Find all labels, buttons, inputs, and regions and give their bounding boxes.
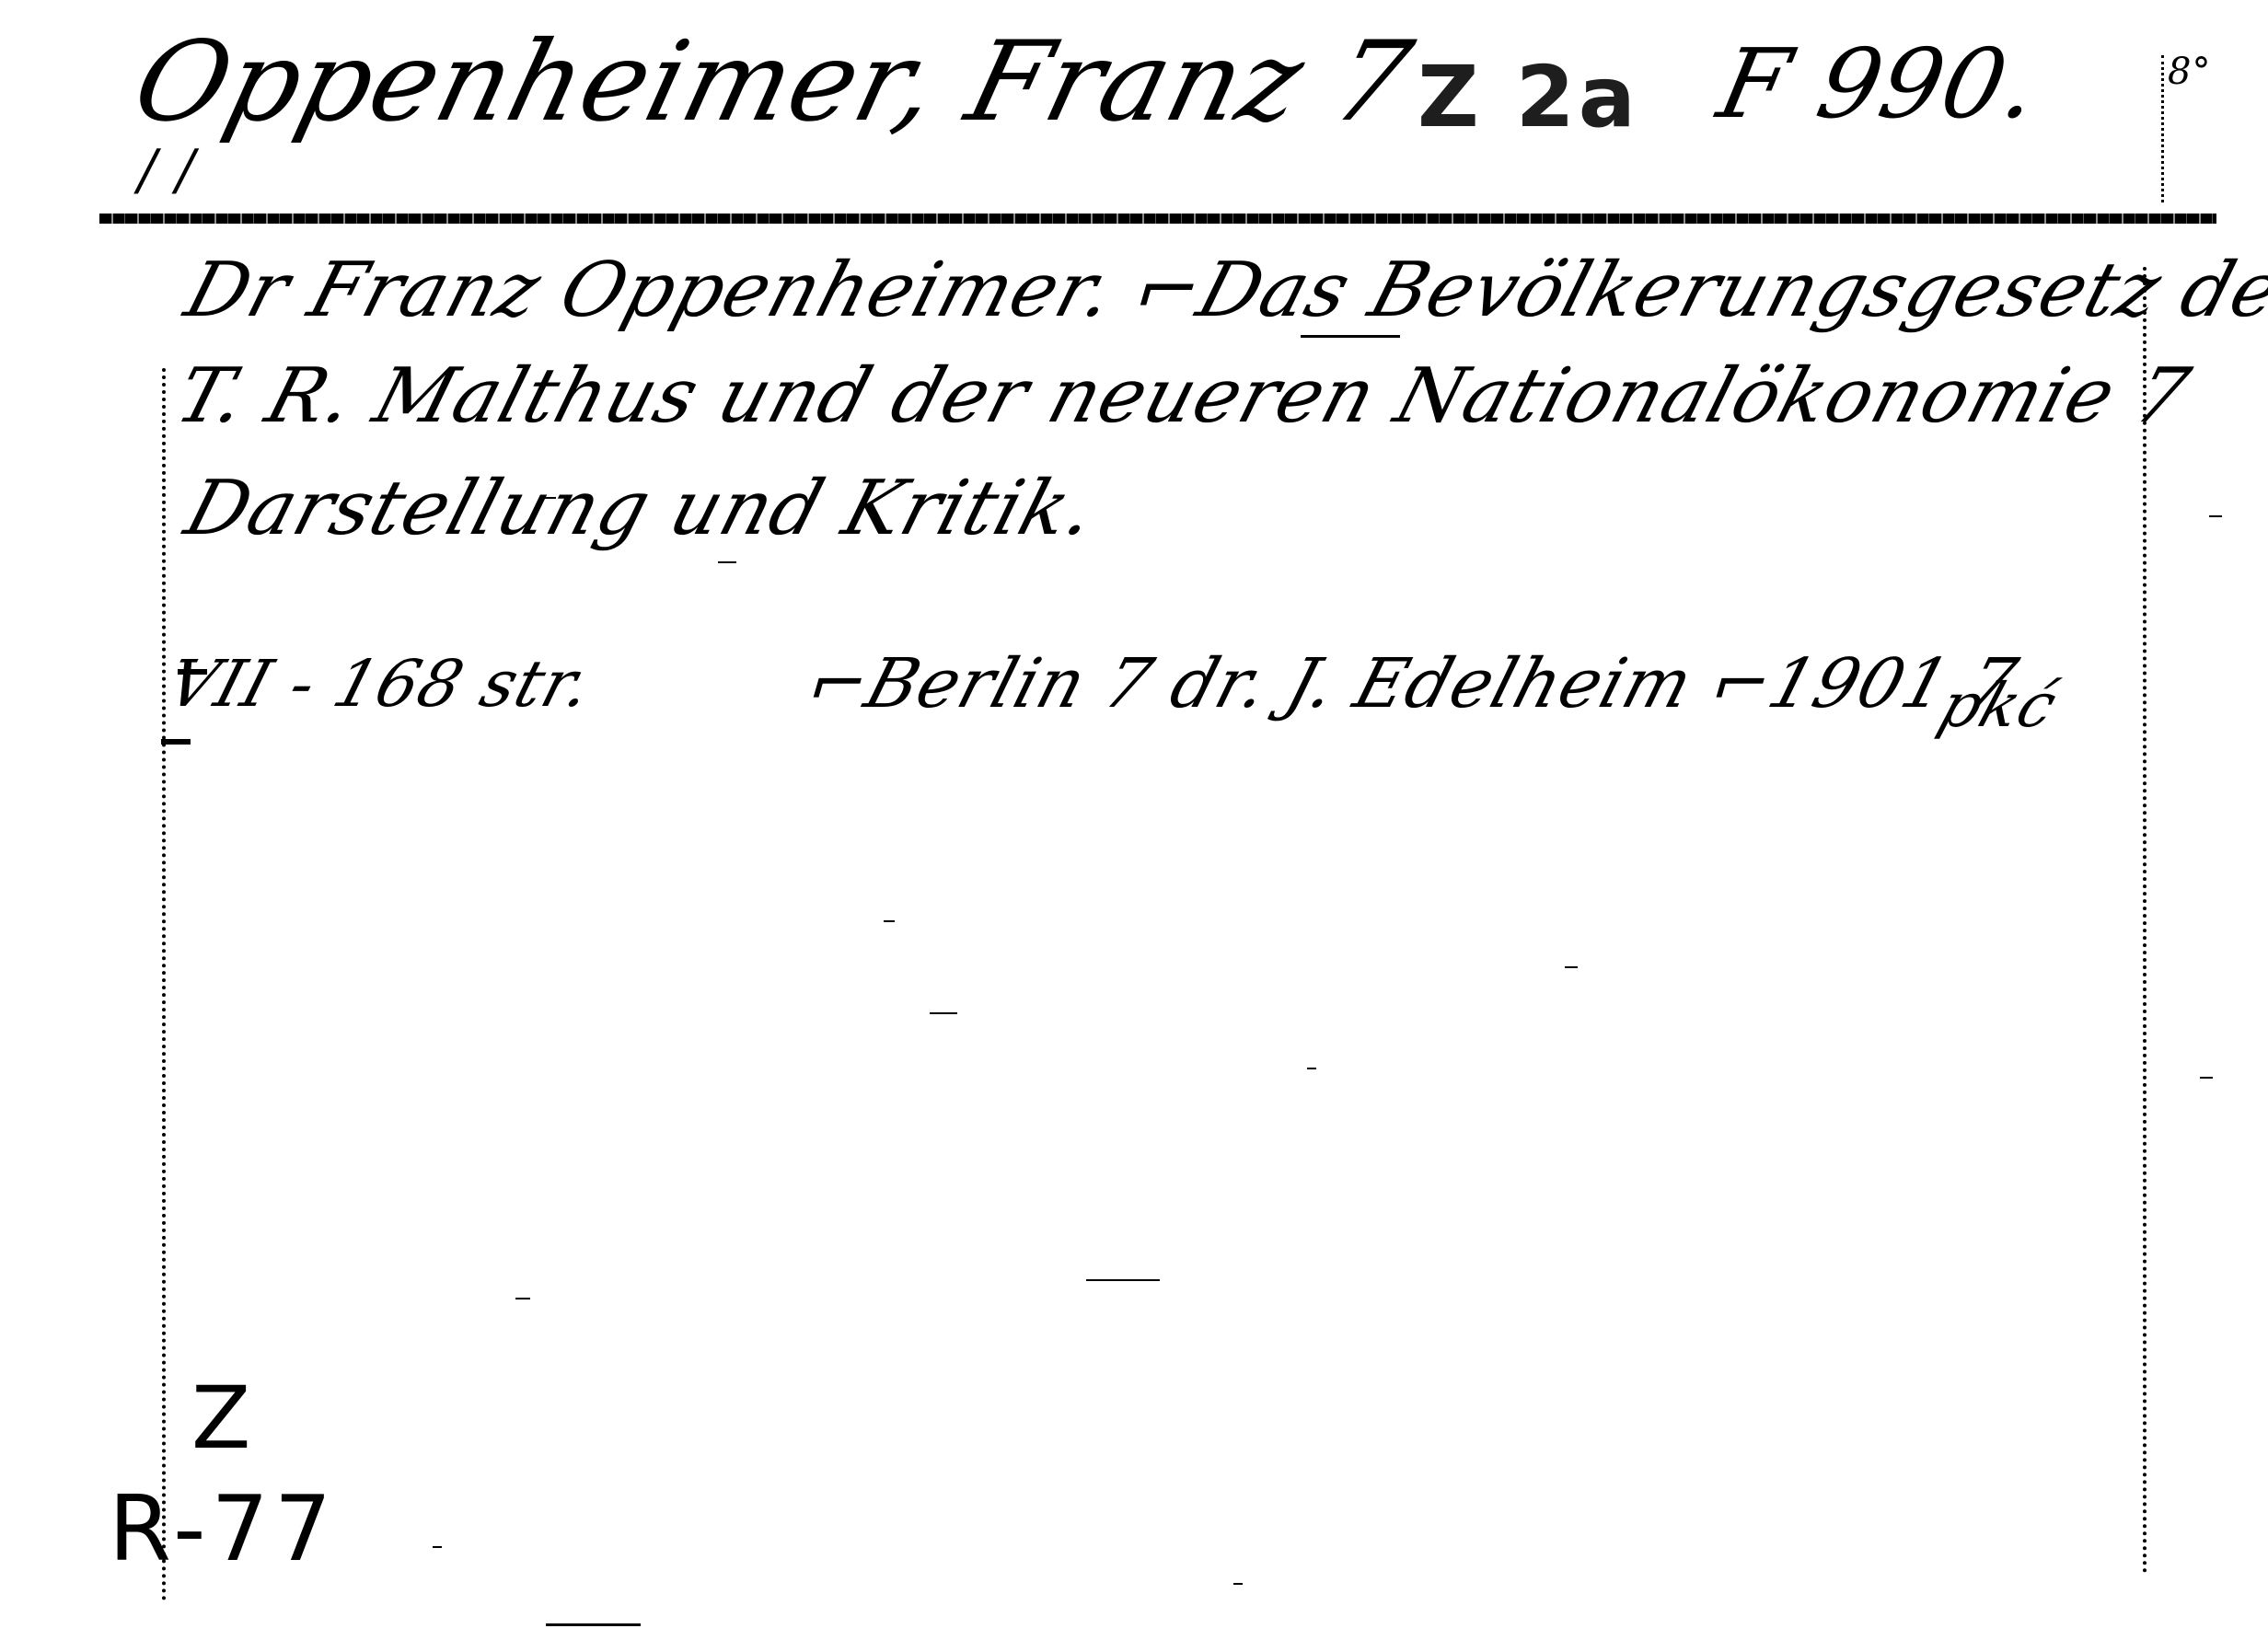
- cataloger-initials: pkć: [1930, 670, 2065, 741]
- collation-underbar: [161, 739, 191, 745]
- heading-tick-mark: / /: [138, 138, 196, 202]
- scan-speck: [1565, 966, 1578, 968]
- scan-speck: [543, 497, 556, 499]
- heading-rule: [99, 214, 2216, 224]
- bottom-edge-mark: [546, 1623, 641, 1626]
- scan-speck: [930, 1012, 957, 1014]
- scan-speck: [1233, 1583, 1243, 1585]
- scan-speck: [718, 561, 736, 563]
- title-line-3: Darstellung und Kritik.: [176, 465, 1105, 552]
- top-right-dotted-line: [2161, 55, 2164, 202]
- left-margin-dotted-line: [162, 368, 166, 1601]
- format-mark: 8°: [2168, 53, 2211, 90]
- scan-speck: [884, 920, 895, 922]
- location-letter-stamp: Z: [191, 1369, 250, 1469]
- title-line-1: Dr Franz Oppenheimer. ⌐Das Bevölkerungsg…: [176, 247, 2268, 334]
- author-name: Oppenheimer, Franz: [122, 18, 1317, 146]
- closing-bracket: 7: [1321, 18, 1424, 146]
- collation: VII - 168 str.: [159, 646, 600, 722]
- imprint: ⌐Berlin 7 dr. J. Edelheim ⌐1901 7: [799, 644, 2027, 723]
- scan-speck: [433, 1546, 442, 1548]
- title-line-2: T. R. Malthus und der neueren Nationalök…: [167, 352, 2199, 440]
- scan-speck: [1307, 1068, 1316, 1069]
- right-margin-dotted-line: [2143, 267, 2146, 1574]
- scan-speck: [2209, 515, 2222, 517]
- scan-speck: [1086, 1279, 1160, 1281]
- scan-speck: [515, 1298, 530, 1299]
- call-number-stamp: Z 2a: [1417, 48, 1639, 146]
- title-word-underline: [1301, 335, 1400, 338]
- scan-speck: [2200, 1077, 2213, 1079]
- author-heading: Oppenheimer, Franz 7: [122, 18, 1424, 146]
- shelf-mark: F 990.: [1709, 28, 2049, 140]
- location-code-stamp: R-77: [109, 1477, 337, 1582]
